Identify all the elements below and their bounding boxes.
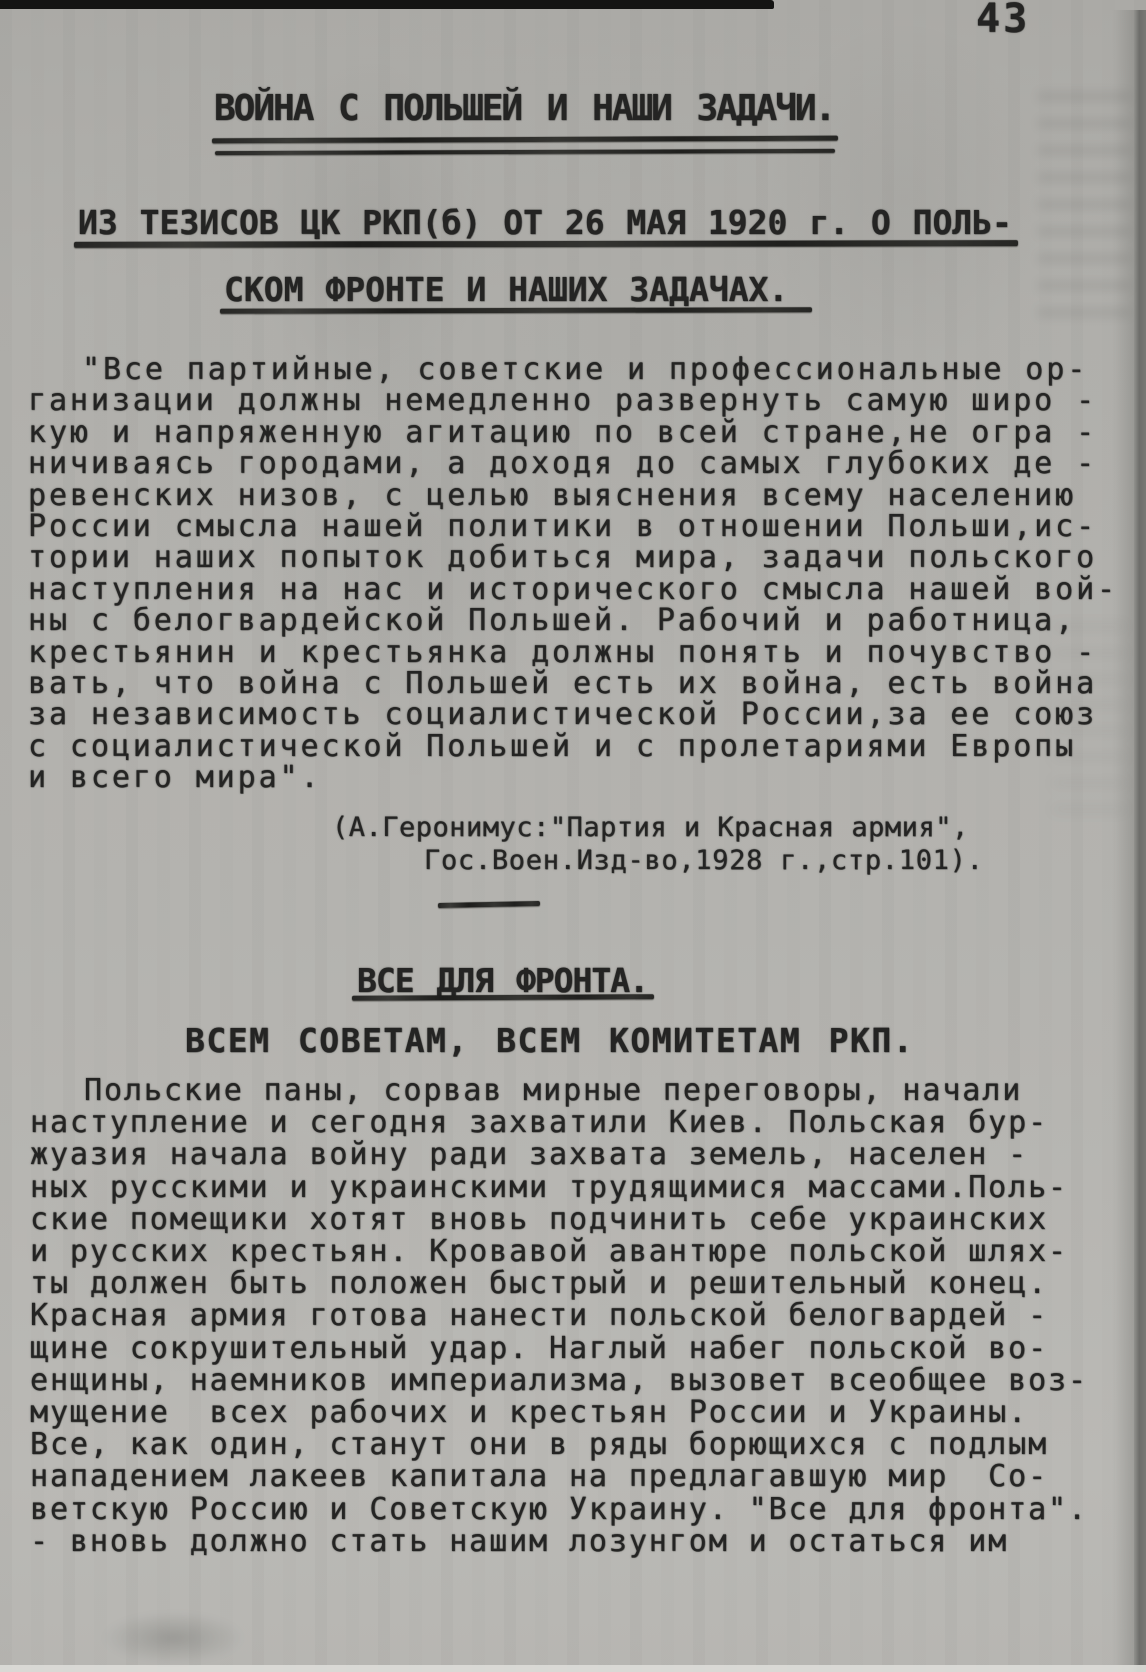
scan-edge-top: [0, 0, 774, 9]
scan-edge-left: [0, 7, 9, 1672]
scan-edge-bottom: [0, 1665, 1146, 1672]
corner-smudge-bottom-left: [103, 1612, 243, 1664]
citation-line-2: Гос.Воен.Изд-во,1928 г.,стр.101).: [424, 845, 984, 876]
scan-edge-right: [1134, 10, 1146, 1672]
thesis-heading-line-1: ИЗ ТЕЗИСОВ ЦК РКП(б) ОТ 26 МАЯ 1920 г. О…: [78, 203, 1012, 242]
thesis-heading-underline-2: [220, 307, 812, 314]
main-title: ВОЙНА С ПОЛЬШЕЙ И НАШИ ЗАДАЧИ.: [214, 88, 834, 129]
page-number: 43: [976, 0, 1030, 42]
appeal-paragraph: Польские паны, сорвав мирные переговоры,…: [30, 1075, 1132, 1558]
section-divider: [438, 901, 540, 908]
quote-paragraph: "Все партийные, советские и профессионал…: [28, 354, 1122, 794]
citation-line-1: (А.Геронимус:"Партия и Красная армия",: [332, 812, 969, 843]
main-title-underline-1: [212, 136, 838, 144]
bleed-through-smudge-top-right: [1038, 82, 1130, 317]
main-title-underline-2: [215, 149, 835, 155]
thesis-heading-underline-1: [74, 240, 1018, 248]
scanned-document-page: 43 ВОЙНА С ПОЛЬШЕЙ И НАШИ ЗАДАЧИ. ИЗ ТЕЗ…: [0, 0, 1146, 1672]
appeal-heading: ВСЕМ СОВЕТАМ, ВСЕМ КОМИТЕТАМ РКП.: [185, 1021, 914, 1060]
thesis-heading-line-2: СКОМ ФРОНТЕ И НАШИХ ЗАДАЧАХ.: [224, 270, 788, 309]
